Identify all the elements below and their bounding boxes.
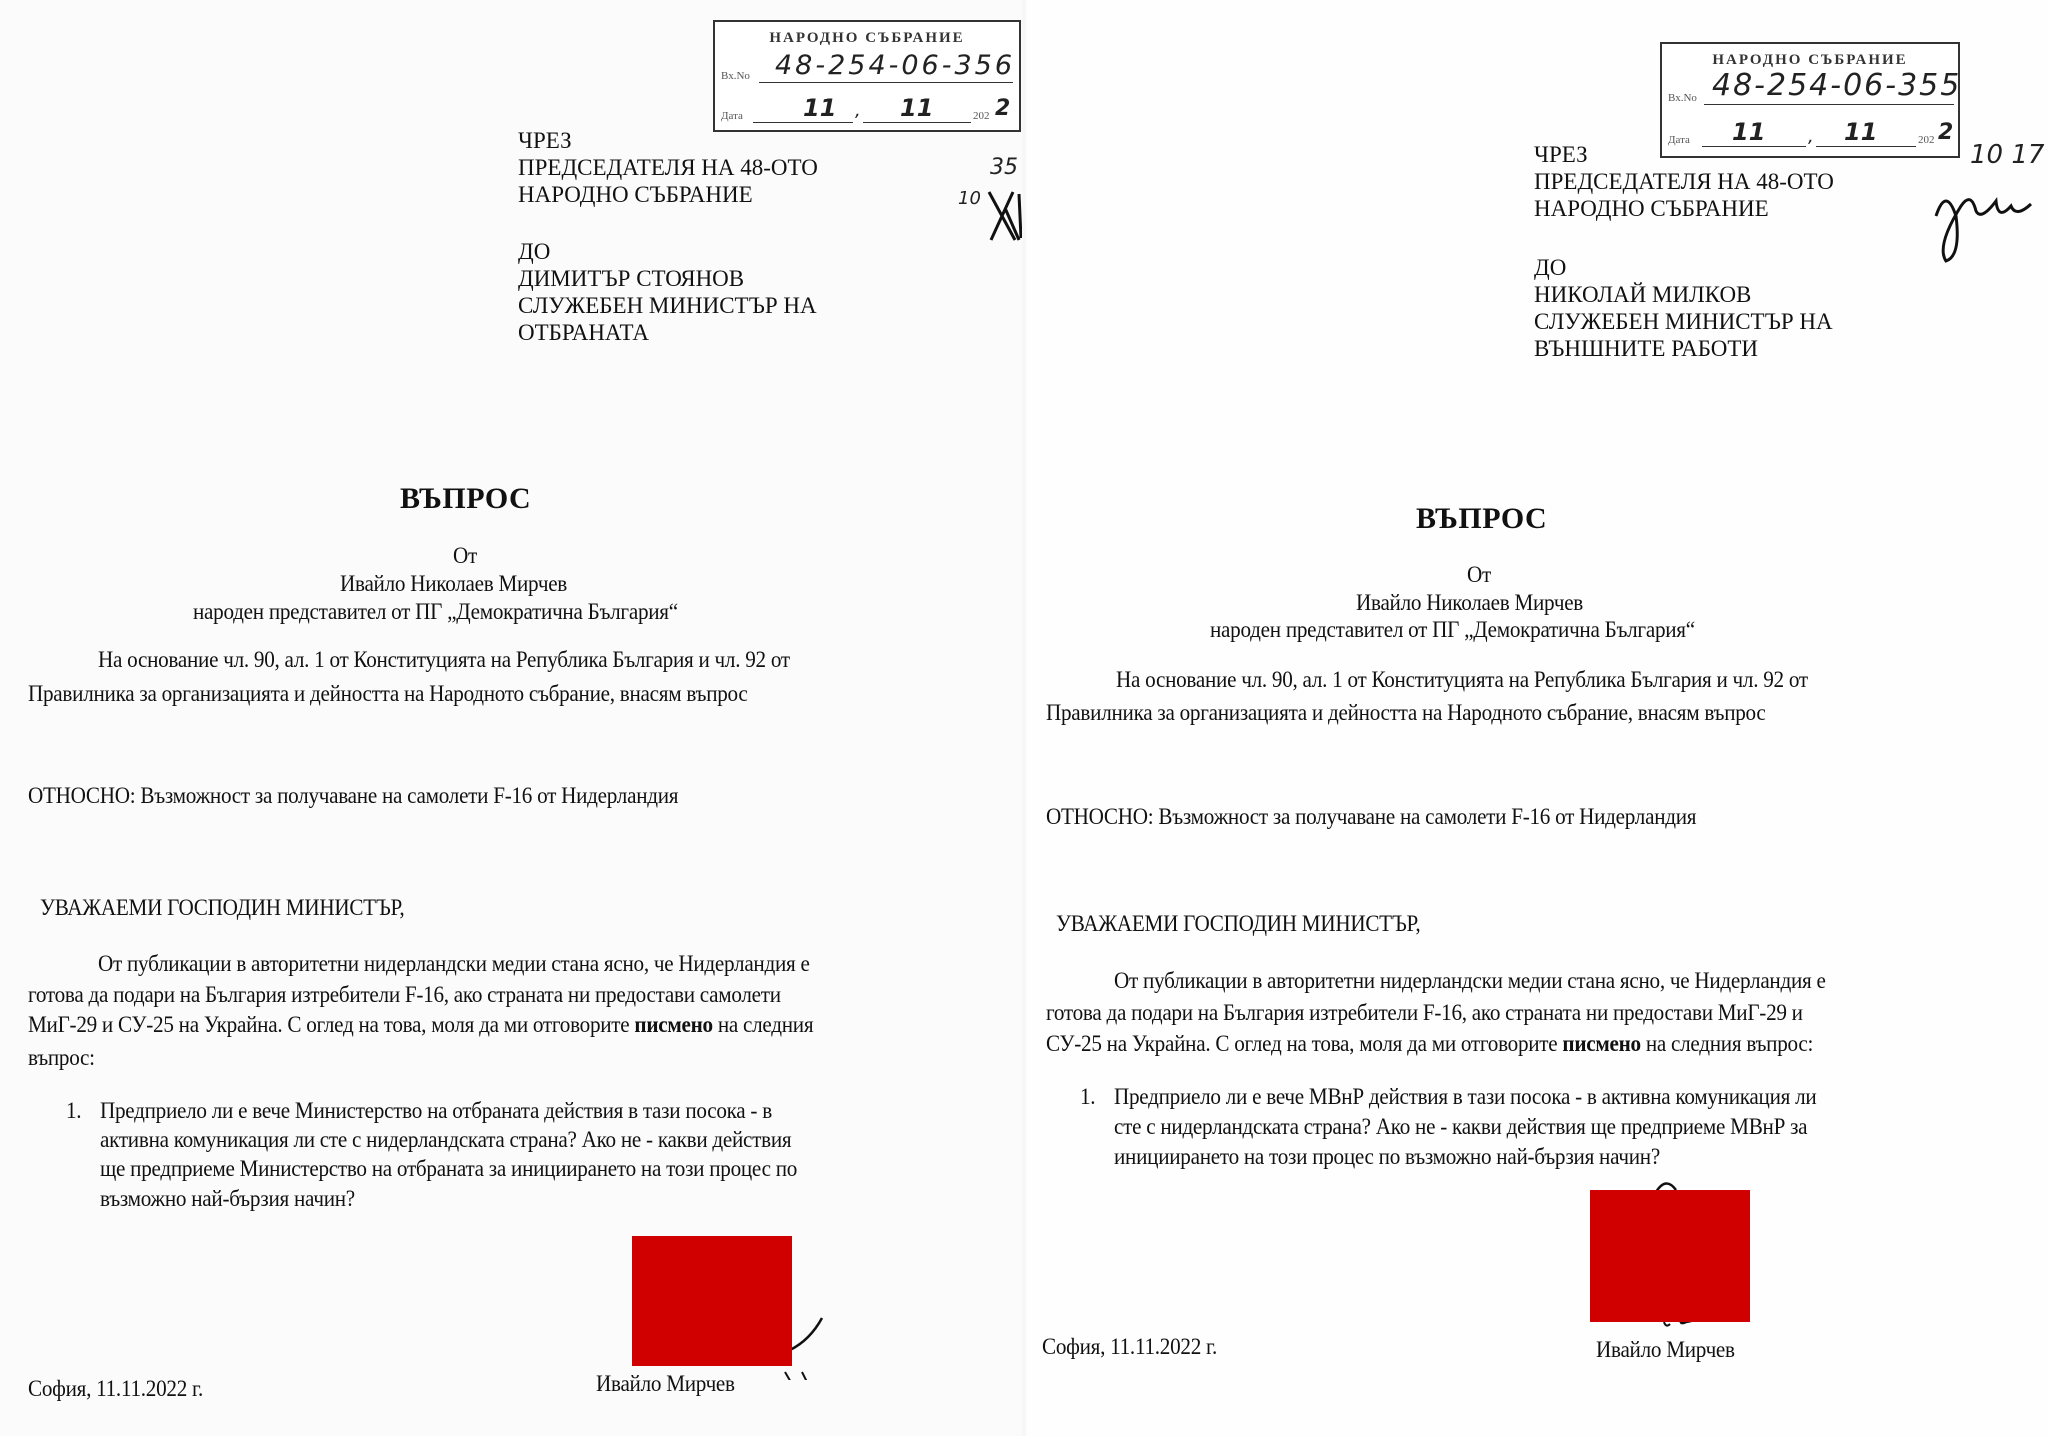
- handwritten-note-top: 35: [990, 155, 1018, 180]
- author-role: народен представител от ПГ „Демократична…: [193, 598, 678, 626]
- body-line-2: готова да подари на България изтребители…: [28, 981, 781, 1009]
- subject-line: ОТНОСНО: Възможност за получаване на сам…: [1046, 803, 1696, 831]
- stamp-date-year-suffix: 2: [995, 96, 1010, 121]
- via-block: ЧРЕЗ ПРЕДСЕДАТЕЛЯ НА 48-ОТО НАРОДНО СЪБР…: [1534, 141, 1834, 222]
- registration-stamp: НАРОДНО СЪБРАНИЕ Вх.No 48-254-06-356 Дат…: [713, 20, 1021, 132]
- body-line-1: От публикации в авторитетни нидерландски…: [1114, 967, 1826, 995]
- redacted-signature: [1590, 1190, 1750, 1322]
- basis-line-2: Правилника за организацията и дейността …: [1046, 699, 1766, 727]
- via-block: ЧРЕЗ ПРЕДСЕДАТЕЛЯ НА 48-ОТО НАРОДНО СЪБР…: [518, 127, 818, 208]
- question-number: 1.: [1080, 1083, 1095, 1111]
- salutation: УВАЖАЕМИ ГОСПОДИН МИНИСТЪР,: [1056, 910, 1420, 938]
- salutation: УВАЖАЕМИ ГОСПОДИН МИНИСТЪР,: [40, 894, 404, 922]
- basis-line-2: Правилника за организацията и дейността …: [28, 680, 748, 708]
- question-line-1: Предприело ли е вече Министерство на отб…: [100, 1097, 772, 1125]
- body-line-3: СУ-25 на Украйна. С оглед на това, моля …: [1046, 1030, 1813, 1058]
- stamp-institution: НАРОДНО СЪБРАНИЕ: [1662, 52, 1958, 69]
- from-label: От: [453, 542, 477, 570]
- document-title: ВЪПРОС: [400, 482, 531, 516]
- basis-line-1: На основание чл. 90, ал. 1 от Конституци…: [1116, 666, 1808, 694]
- stamp-date-month: 11: [1844, 118, 1877, 146]
- body-line-3: МиГ-29 и СУ-25 на Украйна. С оглед на то…: [28, 1011, 813, 1039]
- document-foreign-minister: НАРОДНО СЪБРАНИЕ Вх.No 48-254-06-355 Дат…: [1026, 0, 2048, 1436]
- signature-name: Ивайло Мирчев: [596, 1370, 735, 1398]
- question-line-2: сте с нидерландската страна? Ако не - ка…: [1114, 1113, 1807, 1141]
- stamp-reg-number: 48-254-06-356: [775, 50, 1015, 81]
- question-line-2: активна комуникация ли сте с нидерландск…: [100, 1126, 791, 1154]
- stamp-date-year-prefix: 202: [973, 110, 990, 122]
- stamp-reg-label: Вх.No: [1668, 92, 1697, 104]
- emphasis-written: писмено: [1562, 1031, 1640, 1056]
- stamp-institution: НАРОДНО СЪБРАНИЕ: [715, 30, 1019, 47]
- redacted-signature: [632, 1236, 792, 1366]
- handwritten-initials-icon: [1926, 176, 2046, 266]
- author-role: народен представител от ПГ „Демократична…: [1210, 616, 1695, 644]
- recipient-block: ДО НИКОЛАЙ МИЛКОВ СЛУЖЕБЕН МИНИСТЪР НА В…: [1534, 254, 1833, 362]
- author-name: Ивайло Николаев Мирчев: [340, 570, 567, 598]
- place-date: София, 11.11.2022 г.: [1042, 1333, 1217, 1361]
- stamp-date-day: 11: [803, 94, 836, 122]
- author-name: Ивайло Николаев Мирчев: [1356, 589, 1583, 617]
- from-label: От: [1467, 561, 1491, 589]
- body-line-1: От публикации в авторитетни нидерландски…: [98, 950, 810, 978]
- question-line-4: възможно най-бързия начин?: [100, 1185, 355, 1213]
- handwritten-mark-icon: [985, 188, 1022, 244]
- body-line-4: въпрос:: [28, 1044, 95, 1072]
- stamp-date-month: 11: [900, 94, 933, 122]
- document-defense-minister: НАРОДНО СЪБРАНИЕ Вх.No 48-254-06-356 Дат…: [0, 0, 1022, 1436]
- question-line-3: инициирането на този процес по възможно …: [1114, 1143, 1660, 1171]
- recipient-block: ДО ДИМИТЪР СТОЯНОВ СЛУЖЕБЕН МИНИСТЪР НА …: [518, 238, 817, 346]
- emphasis-written: писмено: [634, 1012, 712, 1037]
- stamp-date-year-prefix: 202: [1918, 134, 1935, 146]
- basis-line-1: На основание чл. 90, ал. 1 от Конституци…: [98, 646, 790, 674]
- handwritten-note-left: 10: [958, 188, 981, 209]
- signature-name: Ивайло Мирчев: [1596, 1336, 1735, 1364]
- question-number: 1.: [66, 1097, 81, 1125]
- stamp-reg-number: 48-254-06-355: [1712, 68, 1961, 103]
- question-line-3: ще предприеме Министерство на отбраната …: [100, 1155, 797, 1183]
- subject-line: ОТНОСНО: Възможност за получаване на сам…: [28, 782, 678, 810]
- stamp-date-year-suffix: 2: [1938, 120, 1953, 145]
- place-date: София, 11.11.2022 г.: [28, 1375, 203, 1403]
- document-title: ВЪПРОС: [1416, 502, 1547, 536]
- stamp-reg-label: Вх.No: [721, 70, 750, 82]
- question-line-1: Предприело ли е вече МВнР действия в таз…: [1114, 1083, 1816, 1111]
- stamp-date-label: Дата: [721, 110, 743, 122]
- handwritten-note-top: 10 17: [1970, 140, 2044, 170]
- body-line-2: готова да подари на България изтребители…: [1046, 999, 1803, 1027]
